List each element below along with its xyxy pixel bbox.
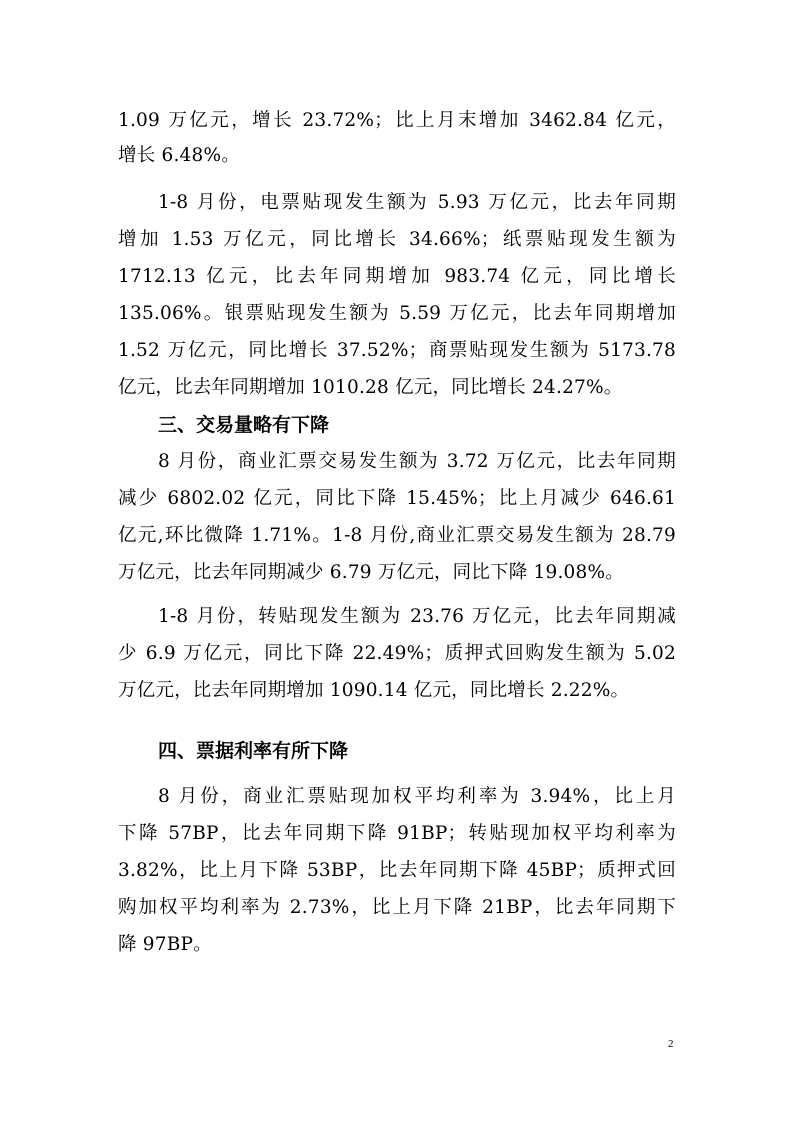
- paragraph-line: 增长 6.48%。: [118, 143, 676, 169]
- paragraph-line: 1.52 万亿元，同比增长 37.52%；商票贴现发生额为 5173.78: [118, 338, 676, 364]
- section-heading: 四、票据利率有所下降: [158, 738, 348, 764]
- paragraph-line: 万亿元，比去年同期减少 6.79 万亿元，同比下降 19.08%。: [118, 560, 676, 586]
- paragraph-line: 135.06%。银票贴现发生额为 5.59 万亿元，比去年同期增加: [118, 301, 676, 327]
- paragraph-line: 8 月份，商业汇票贴现加权平均利率为 3.94%，比上月: [158, 784, 676, 810]
- paragraph-line: 1-8 月份，转贴现发生额为 23.76 万亿元，比去年同期减: [158, 604, 676, 630]
- paragraph-line: 8 月份，商业汇票交易发生额为 3.72 万亿元，比去年同期: [158, 449, 676, 475]
- paragraph-line: 万亿元，比去年同期增加 1090.14 亿元，同比增长 2.22%。: [118, 678, 676, 704]
- section-heading: 三、交易量略有下降: [158, 412, 329, 438]
- paragraph-line: 减少 6802.02 亿元，同比下降 15.45%；比上月减少 646.61: [118, 486, 676, 512]
- paragraph-line: 购加权平均利率为 2.73%，比上月下降 21BP，比去年同期下: [118, 895, 676, 921]
- paragraph-line: 3.82%，比上月下降 53BP，比去年同期下降 45BP；质押式回: [118, 858, 676, 884]
- paragraph-line: 亿元,环比微降 1.71%。1-8 月份,商业汇票交易发生额为 28.79: [118, 523, 676, 549]
- page-number: 2: [668, 1038, 674, 1050]
- paragraph-line: 少 6.9 万亿元，同比下降 22.49%；质押式回购发生额为 5.02: [118, 641, 676, 667]
- paragraph-line: 1.09 万亿元，增长 23.72%；比上月末增加 3462.84 亿元，: [118, 108, 676, 134]
- document-page: 1.09 万亿元，增长 23.72%；比上月末增加 3462.84 亿元，增长 …: [0, 0, 794, 1123]
- paragraph-line: 1712.13 亿元，比去年同期增加 983.74 亿元，同比增长: [118, 264, 676, 290]
- paragraph-line: 亿元，比去年同期增加 1010.28 亿元，同比增长 24.27%。: [118, 375, 676, 401]
- paragraph-line: 增加 1.53 万亿元，同比增长 34.66%；纸票贴现发生额为: [118, 227, 676, 253]
- paragraph-line: 下降 57BP，比去年同期下降 91BP；转贴现加权平均利率为: [118, 821, 676, 847]
- paragraph-line: 降 97BP。: [118, 932, 676, 958]
- paragraph-line: 1-8 月份，电票贴现发生额为 5.93 万亿元，比去年同期: [158, 190, 676, 216]
